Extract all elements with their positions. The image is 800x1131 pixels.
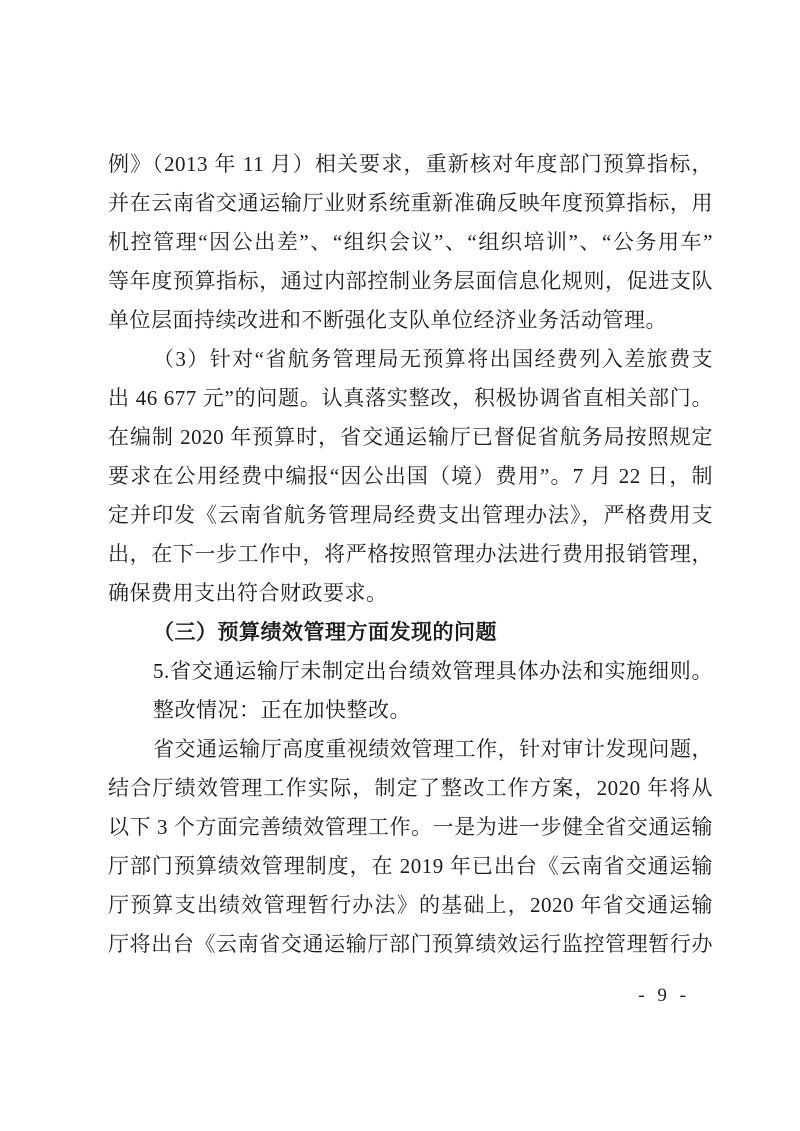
- text-line: 结合厅绩效管理工作实际，制定了整改工作方案，2020 年将从: [108, 769, 713, 808]
- text-line: 以下 3 个方面完善绩效管理工作。一是为进一步健全省交通运输: [108, 808, 713, 847]
- text-line: 定并印发《云南省航务管理局经费支出管理办法》，严格费用支: [108, 496, 713, 535]
- text-line: 机控管理“因公出差”、“组织会议”、“组织培训”、“公务用车”: [108, 223, 713, 262]
- text-line: 在编制 2020 年预算时，省交通运输厅已督促省航务局按照规定: [108, 418, 713, 457]
- text-line: 厅将出台《云南省交通运输厅部门预算绩效运行监控管理暂行办: [108, 925, 713, 964]
- text-line: （3）针对“省航务管理局无预算将出国经费列入差旅费支: [108, 340, 713, 379]
- text-line: 单位层面持续改进和不断强化支队单位经济业务活动管理。: [108, 301, 713, 340]
- text-line: 整改情况：正在加快整改。: [108, 691, 713, 730]
- text-line: 确保费用支出符合财政要求。: [108, 574, 713, 613]
- text-line: 出，在下一步工作中，将严格按照管理办法进行费用报销管理，: [108, 535, 713, 574]
- text-line: （三）预算绩效管理方面发现的问题: [108, 613, 713, 652]
- document-page: 例》（2013 年 11 月）相关要求，重新核对年度部门预算指标，并在云南省交通…: [0, 0, 800, 1131]
- text-line: 5.省交通运输厅未制定出台绩效管理具体办法和实施细则。: [108, 652, 713, 691]
- text-line: 厅部门预算绩效管理制度，在 2019 年已出台《云南省交通运输: [108, 847, 713, 886]
- text-line: 等年度预算指标，通过内部控制业务层面信息化规则，促进支队: [108, 262, 713, 301]
- text-line: 并在云南省交通运输厅业财系统重新准确反映年度预算指标，用: [108, 184, 713, 223]
- text-line: 厅预算支出绩效管理暂行办法》的基础上，2020 年省交通运输: [108, 886, 713, 925]
- text-block: 例》（2013 年 11 月）相关要求，重新核对年度部门预算指标，并在云南省交通…: [108, 145, 713, 964]
- text-line: 要求在公用经费中编报“因公出国（境）费用”。7 月 22 日，制: [108, 457, 713, 496]
- text-line: 例》（2013 年 11 月）相关要求，重新核对年度部门预算指标，: [108, 145, 713, 184]
- text-line: 省交通运输厅高度重视绩效管理工作，针对审计发现问题，: [108, 730, 713, 769]
- page-number: - 9 -: [638, 985, 690, 1007]
- text-line: 出 46 677 元”的问题。认真落实整改，积极协调省直相关部门。: [108, 379, 713, 418]
